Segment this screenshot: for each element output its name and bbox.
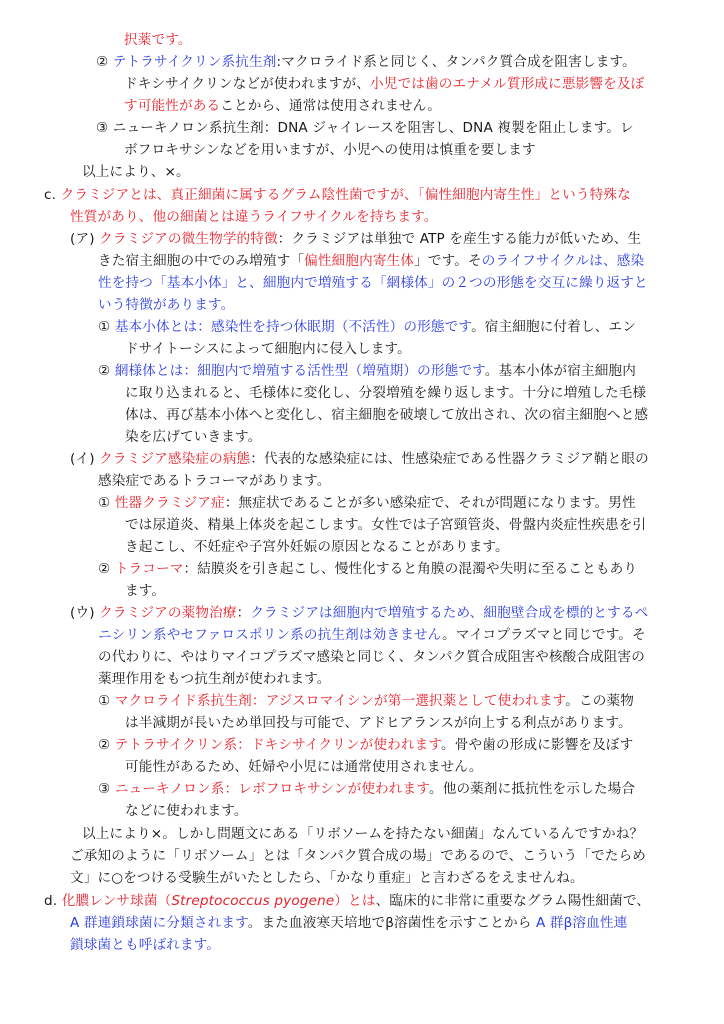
text-line: 以上により、×。 <box>82 162 190 183</box>
body-text: は半減期が長いため単回投与可能で、アドヒアランスが向上する利点があります。 <box>125 715 632 731</box>
body-text: きた宿主細胞の中でのみ増殖す「 <box>98 253 304 269</box>
highlight-blue-text: テトラサイクリン系抗生剤 <box>113 54 277 70</box>
highlight-blue-text: 性を持つ「基本小体」と、細胞内で増殖する「網様体」の２つの形態を交互に繰り返すと <box>98 275 648 291</box>
text-line: 染を広げていきます。 <box>125 427 261 448</box>
highlight-blue-text: 網様体とは：細胞内で増殖する活性型（増殖期）の形態です <box>115 363 485 379</box>
text-line: ② トラコーマ：結膜炎を引き起こし、慢性化すると角膜の混濁や失明に至ることもあり <box>98 559 637 580</box>
text-line: d. 化膿レンサ球菌（Streptococcus pyogene）とは、臨床的に… <box>44 891 650 912</box>
body-text: ドキシサイクリンなどが使われますが、 <box>124 76 370 92</box>
highlight-red-text: クラミジアとは、真正細菌に属するグラム陰性菌ですが、「偏性細胞内寄生性」という特… <box>61 187 631 203</box>
body-text: ：結膜炎を引き起こし、慢性化すると角膜の混濁や失明に至ることもあり <box>184 561 638 577</box>
text-line: c. クラミジアとは、真正細菌に属するグラム陰性菌ですが、「偏性細胞内寄生性」と… <box>44 185 631 206</box>
highlight-blue-text: A 群連鎖球菌に分類されます <box>70 915 248 931</box>
body-text: 文」に○をつける受験生がいたとしたら、「かなり重症」と言わざるをえませんね。 <box>70 870 584 886</box>
text-line: A 群連鎖球菌に分類されます。また血液寒天培地でβ溶菌性を示すことから A 群β… <box>70 913 627 934</box>
body-text: ます。 <box>125 583 165 599</box>
text-line: 鎖球菌とも呼ばれます。 <box>70 935 220 956</box>
body-text: ② <box>98 737 115 753</box>
highlight-blue-text: A 群β溶血性連 <box>536 915 627 931</box>
body-text: 感染症であるトラコーマがあります。 <box>98 473 331 489</box>
highlight-red-text: ニューキノロン系：レボフロキサシンが使われます <box>115 781 429 797</box>
highlight-blue-text: 鎖球菌とも呼ばれます。 <box>70 937 220 953</box>
text-line: ③ ニューキノロン系：レボフロキサシンが使われます。他の薬剤に抵抗性を示した場合 <box>98 779 635 800</box>
text-line: 性質があり、他の細菌とは違うライフサイクルを持ちます。 <box>70 207 438 228</box>
text-line: 体は、再び基本小体へと変化し、宿主細胞を破壊して放出され、次の宿主細胞へと感 <box>125 405 648 426</box>
text-line: ① マクロライド系抗生剤：アジスロマイシンが第一選択薬として使われます。この薬物 <box>98 691 634 712</box>
text-line: に取り込まれると、毛様体に変化し、分裂増殖を繰り返します。十分に増殖した毛様 <box>125 383 646 404</box>
highlight-red-text: クラミジア感染症の病態 <box>99 451 250 467</box>
highlight-red-text: 小児では歯のエナメル質形成に悪影響を及ぼ <box>370 76 644 92</box>
text-line: (イ) クラミジア感染症の病態：代表的な感染症には、性感染症である性器クラミジア… <box>70 449 649 470</box>
highlight-blue-text: 基本小体とは：感染性を持つ休眠期（不活性）の形態です <box>115 319 471 335</box>
highlight-blue-text: いう特徴があります。 <box>98 297 234 313</box>
text-line: ます。 <box>125 581 165 602</box>
body-text: c. <box>44 187 61 203</box>
body-text: では尿道炎、精巣上体炎を起こします。女性では子宮頸管炎、骨盤内炎症性疾患を引 <box>125 517 646 533</box>
body-text: (ア) <box>70 231 99 247</box>
body-text: 。宿主細胞に付着し、エン <box>471 319 636 335</box>
text-line: 以上により×。しかし問題文にある「リボソームを持たない細菌」なんているんですかね… <box>82 824 643 845</box>
highlight-red-text: クラミジアの薬物治療 <box>99 605 236 621</box>
text-line: ボフロキサシンなどを用いますが、小児への使用は慎重を要します <box>124 140 536 161</box>
highlight-red-text: 化膿レンサ球菌（ <box>62 893 172 909</box>
body-text: 。基本小体が宿主細胞内 <box>485 363 636 379</box>
body-text: ② <box>96 54 113 70</box>
body-text: 体は、再び基本小体へと変化し、宿主細胞を破壊して放出され、次の宿主細胞へと感 <box>125 407 648 423</box>
body-text: に取り込まれると、毛様体に変化し、分裂増殖を繰り返します。十分に増殖した毛様 <box>125 385 646 401</box>
body-text: ことから、通常は使用されません。 <box>220 98 441 114</box>
text-line: ② 網様体とは：細胞内で増殖する活性型（増殖期）の形態です。基本小体が宿主細胞内 <box>98 361 636 382</box>
body-text: などに使われます。 <box>125 803 248 819</box>
body-text: 。骨や歯の形成に影響を及ぼす <box>441 737 633 753</box>
body-text: ：無症状であることが多い感染症で、それが問題になります。男性 <box>225 495 636 511</box>
body-text: ③ ニューキノロン系抗生剤：DNA ジャイレースを阻害し、DNA 複製を阻止しま… <box>96 120 634 136</box>
text-line: などに使われます。 <box>125 801 248 822</box>
highlight-red-text: 偏性細胞内寄生体 <box>304 253 414 269</box>
body-text: 。この薬物 <box>565 693 634 709</box>
body-text: ② <box>98 363 115 379</box>
text-line: きた宿主細胞の中でのみ増殖す「偏性細胞内寄生体」です。そのライフサイクルは、感染 <box>98 251 644 272</box>
highlight-blue-text: ニシリン系やセファロスポリン系の抗生剤は効きません <box>98 627 442 643</box>
text-line: き起こし、不妊症や子宮外妊娠の原因となることがあります。 <box>125 537 509 558</box>
body-text: ： <box>237 605 251 621</box>
body-text: ① <box>98 495 115 511</box>
body-text: 。また血液寒天培地でβ溶菌性を示すことから <box>248 915 536 931</box>
highlight-red-text: す可能性がある <box>124 98 220 114</box>
body-text: 染を広げていきます。 <box>125 429 261 445</box>
text-line: の代わりに、やはりマイコプラズマ感染と同じく、タンパク質合成阻害や核酸合成阻害の <box>98 647 645 668</box>
body-text: 薬理作用をもつ抗生剤が使われます。 <box>98 671 331 687</box>
text-line: ① 性器クラミジア症：無症状であることが多い感染症で、それが問題になります。男性 <box>98 493 636 514</box>
body-text: ③ <box>98 781 115 797</box>
text-line: では尿道炎、精巣上体炎を起こします。女性では子宮頸管炎、骨盤内炎症性疾患を引 <box>125 515 646 536</box>
text-line: ニシリン系やセファロスポリン系の抗生剤は効きません。マイコプラズマと同じです。そ <box>98 625 646 646</box>
body-text: :マクロライド系と同じく、タンパク質合成を阻害します。 <box>277 54 636 70</box>
text-line: 可能性があるため、妊婦や小児には通常使用されません。 <box>125 757 483 778</box>
body-text: ① <box>98 319 115 335</box>
text-line: は半減期が長いため単回投与可能で、アドヒアランスが向上する利点があります。 <box>125 713 632 734</box>
body-text: ② <box>98 561 115 577</box>
body-text: の代わりに、やはりマイコプラズマ感染と同じく、タンパク質合成阻害や核酸合成阻害の <box>98 649 645 665</box>
highlight-red-text: テトラサイクリン系：ドキシサイクリンが使われます <box>115 737 441 753</box>
text-line: ドキシサイクリンなどが使われますが、小児では歯のエナメル質形成に悪影響を及ぼ <box>124 74 644 95</box>
body-text: ボフロキサシンなどを用いますが、小児への使用は慎重を要します <box>124 142 536 158</box>
text-line: (ア) クラミジアの微生物学的特徴：クラミジアは単独で ATP を産生する能力が… <box>70 229 641 250</box>
highlight-red-text: 性器クラミジア症 <box>115 495 225 511</box>
highlight-red-text: Streptococcus pyogene <box>171 893 334 909</box>
text-line: (ウ) クラミジアの薬物治療：クラミジアは細胞内で増殖するため、細胞壁合成を標的… <box>70 603 648 624</box>
body-text: き起こし、不妊症や子宮外妊娠の原因となることがあります。 <box>125 539 509 555</box>
text-line: ① 基本小体とは：感染性を持つ休眠期（不活性）の形態です。宿主細胞に付着し、エン <box>98 317 636 338</box>
body-text: (ウ) <box>70 605 99 621</box>
text-line: 文」に○をつける受験生がいたとしたら、「かなり重症」と言わざるをえませんね。 <box>70 868 584 889</box>
highlight-red-text: クラミジアの微生物学的特徴 <box>99 231 278 247</box>
highlight-red-text: トラコーマ <box>115 561 184 577</box>
body-text: 。マイコプラズマと同じです。そ <box>442 627 646 643</box>
body-text: (イ) <box>70 451 99 467</box>
text-line: ② テトラサイクリン系抗生剤:マクロライド系と同じく、タンパク質合成を阻害します… <box>96 52 636 73</box>
highlight-red-text: 性質があり、他の細菌とは違うライフサイクルを持ちます。 <box>70 209 438 225</box>
body-text: d. <box>44 893 62 909</box>
body-text: ：クラミジアは単独で ATP を産生する能力が低いため、生 <box>278 231 641 247</box>
body-text: ドサイトーシスによって細胞内に侵入します。 <box>125 341 411 357</box>
text-line: す可能性があることから、通常は使用されません。 <box>124 96 441 117</box>
text-line: 感染症であるトラコーマがあります。 <box>98 471 331 492</box>
highlight-red-text: マクロライド系抗生剤：アジスロマイシンが第一選択薬として使われます <box>115 693 565 709</box>
body-text: 以上により、×。 <box>82 164 190 180</box>
body-text: 以上により×。しかし問題文にある「リボソームを持たない細菌」なんているんですかね… <box>82 826 643 842</box>
highlight-red-text: ）とは <box>334 893 375 909</box>
text-line: 択薬です。 <box>124 30 192 51</box>
text-line: ② テトラサイクリン系：ドキシサイクリンが使われます。骨や歯の形成に影響を及ぼす <box>98 735 633 756</box>
text-line: ご承知のように「リボソーム」とは「タンパク質合成の場」であるので、こういう「でた… <box>70 846 646 867</box>
body-text: 。他の薬剤に抵抗性を示した場合 <box>429 781 635 797</box>
text-line: ③ ニューキノロン系抗生剤：DNA ジャイレースを阻害し、DNA 複製を阻止しま… <box>96 118 634 139</box>
highlight-blue-text: のライフサイクルは、感染 <box>482 253 644 269</box>
highlight-red-text: 択薬です。 <box>124 32 192 48</box>
body-text: 、臨床的に非常に重要なグラム陽性細菌で、 <box>376 893 650 909</box>
body-text: ① <box>98 693 115 709</box>
text-line: 性を持つ「基本小体」と、細胞内で増殖する「網様体」の２つの形態を交互に繰り返すと <box>98 273 648 294</box>
body-text: 可能性があるため、妊婦や小児には通常使用されません。 <box>125 759 483 775</box>
highlight-blue-text: クラミジアは細胞内で増殖するため、細胞壁合成を標的とするペ <box>250 605 648 621</box>
text-line: いう特徴があります。 <box>98 295 234 316</box>
text-line: 薬理作用をもつ抗生剤が使われます。 <box>98 669 331 690</box>
text-line: ドサイトーシスによって細胞内に侵入します。 <box>125 339 411 360</box>
body-text: ご承知のように「リボソーム」とは「タンパク質合成の場」であるので、こういう「でた… <box>70 848 646 864</box>
body-text: 」です。そ <box>414 253 482 269</box>
body-text: ：代表的な感染症には、性感染症である性器クラミジア鞘と眼の <box>250 451 649 467</box>
